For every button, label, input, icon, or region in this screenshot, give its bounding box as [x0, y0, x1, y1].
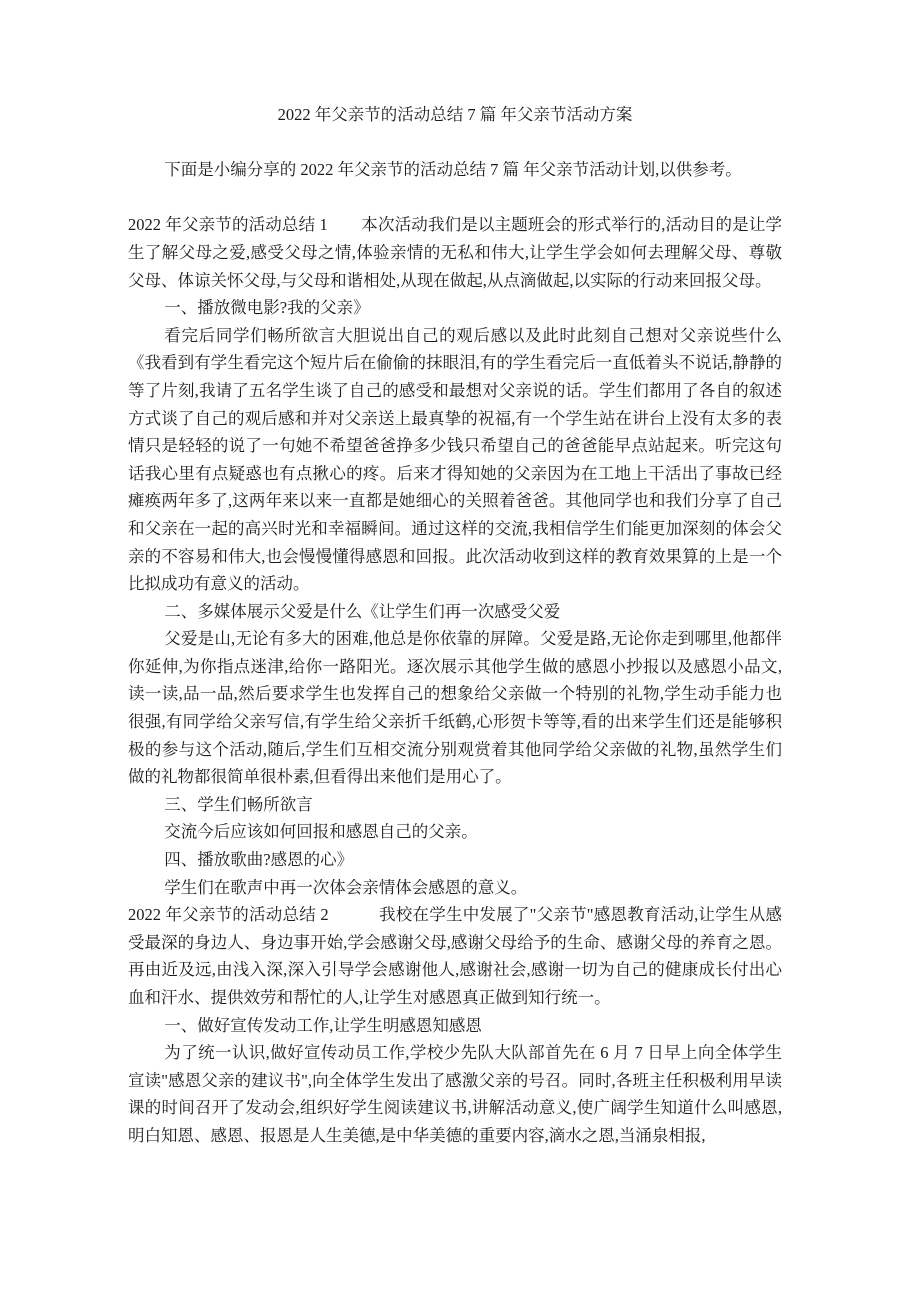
body-paragraph: 2022 年父亲节的活动总结 1 本次活动我们是以主题班会的形式举行的,活动目的… [128, 211, 782, 294]
body-paragraph: 学生们在歌声中再一次体会亲情体会感恩的意义。 [128, 874, 782, 902]
body-paragraph: 为了统一认识,做好宣传动员工作,学校少先队大队部首先在 6 月 7 日早上向全体… [128, 1039, 782, 1149]
section-heading: 一、做好宣传发动工作,让学生明感恩知感恩 [128, 1012, 782, 1040]
section-heading: 三、学生们畅所欲言 [128, 791, 782, 819]
section-heading: 四、播放歌曲?感恩的心》 [128, 846, 782, 874]
section-heading: 一、播放微电影?我的父亲》 [128, 294, 782, 322]
intro-paragraph: 下面是小编分享的 2022 年父亲节的活动总结 7 篇 年父亲节活动计划,以供参… [128, 156, 782, 184]
section-heading: 二、多媒体展示父爱是什么《让学生们再一次感受父爱 [128, 598, 782, 626]
body-paragraph: 交流今后应该如何回报和感恩自己的父亲。 [128, 818, 782, 846]
body-paragraph: 2022 年父亲节的活动总结 2 我校在学生中发展了"父亲节"感恩教育活动,让学… [128, 901, 782, 1011]
body-paragraph: 父爱是山,无论有多大的困难,他总是你依靠的屏障。父爱是路,无论你走到哪里,他都伴… [128, 625, 782, 791]
document-page: 2022 年父亲节的活动总结 7 篇 年父亲节活动方案 下面是小编分享的 202… [0, 0, 920, 1302]
document-body: 2022 年父亲节的活动总结 1 本次活动我们是以主题班会的形式举行的,活动目的… [128, 211, 782, 1149]
body-paragraph: 看完后同学们畅所欲言大胆说出自己的观后感以及此时此刻自己想对父亲说些什么《我看到… [128, 322, 782, 598]
document-title: 2022 年父亲节的活动总结 7 篇 年父亲节活动方案 [128, 101, 782, 129]
